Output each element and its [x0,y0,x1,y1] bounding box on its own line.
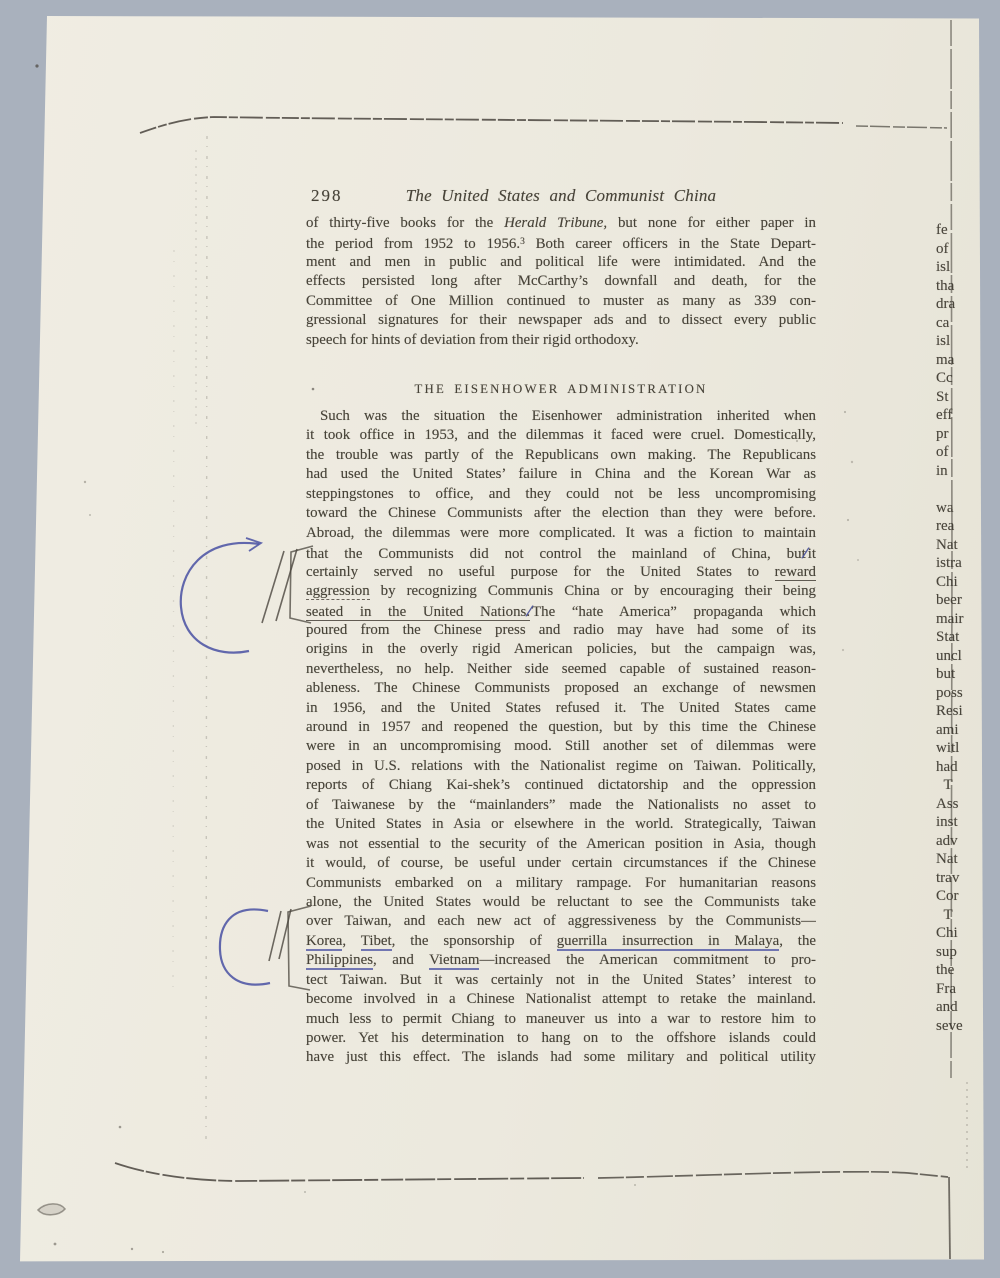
margin-fragment: Nat [936,850,988,869]
margin-fragment: dra [936,295,988,314]
text-segment: steppingstones to office, and they could… [306,486,816,502]
blue-underlined-word: Tibet [361,933,392,951]
text-line: Philippines, and Vietnam—increased the A… [306,951,816,970]
text-segment: but none for either paper in [607,215,816,231]
text-line: Abroad, the dilemmas were more complicat… [306,524,816,543]
text-line: become involved in a Chinese Nationalist… [306,990,816,1009]
text-line: gressional signatures for their newspape… [306,311,816,330]
text-segment: the United States in Asia or elsewhere i… [306,816,816,832]
text-segment: alone, the United States would be reluct… [306,894,816,910]
margin-fragment: in [936,462,988,481]
paragraph-2: Such was the situation the Eisenhower ad… [306,407,816,1068]
margin-fragment: but [936,665,988,684]
running-title: The United States and Communist China [306,186,816,206]
text-segment: around in 1957 and reopened the question… [306,719,816,735]
text-segment: , the [779,933,816,949]
text-segment: certainly served no useful purpose for t… [306,564,775,580]
blue-underlined-word: Philippines [306,952,373,970]
margin-fragment: Stat [936,628,988,647]
margin-fragment: and [936,998,988,1017]
text-line: tect Taiwan. But it was certainly not in… [306,971,816,990]
text-segment: the trouble was partly of the Republican… [306,447,816,463]
text-line: Such was the situation the Eisenhower ad… [306,407,816,426]
text-segment: over Taiwan, and each new act of aggress… [306,913,816,929]
margin-fragment: inst [936,813,988,832]
page-number: 298 [311,186,343,206]
text-segment: , and [373,952,429,968]
text-segment: speech for hints of deviation from their… [306,332,639,348]
text-segment: were in an uncompromising mood. Still an… [306,738,816,754]
blue-underlined-word: Korea [306,933,342,951]
blue-underlined-word: Vietnam [429,952,479,970]
text-line: certainly served no useful purpose for t… [306,563,816,582]
text-line: steppingstones to office, and they could… [306,485,816,504]
text-line: around in 1957 and reopened the question… [306,718,816,737]
margin-fragment: ca [936,314,988,333]
margin-fragment: Cc [936,369,988,388]
text-segment: poured from the Chinese press and radio … [306,622,816,638]
text-line: the trouble was partly of the Republican… [306,446,816,465]
text-segment: have just this effect. The islands had s… [306,1049,816,1065]
margin-fragment: uncl [936,647,988,666]
margin-fragment: trav [936,869,988,888]
margin-fragment: poss [936,684,988,703]
text-segment: ableness. The Chinese Communists propose… [306,680,816,696]
text-segment: become involved in a Chinese Nationalist… [306,991,816,1007]
margin-fragment: seve [936,1017,988,1036]
text-segment: tect Taiwan. But it was certainly not in… [306,972,816,988]
text-line: effects persisted long after McCarthy’s … [306,272,816,291]
pencil-underlined-word: reward [775,564,816,581]
section-heading: THE EISENHOWER ADMINISTRATION [306,382,816,397]
text-line: reports of Chiang Kai-shek’s continued d… [306,776,816,795]
text-line: origins in the overly rigid American pol… [306,640,816,659]
text-segment: power. Yet his determination to hang on … [306,1030,816,1046]
facing-page-text-fragments: feofislthadracaislmaCcSteffprofin wareaN… [936,221,988,1035]
text-segment: The “hate America” propaganda which [532,604,816,620]
margin-fragment: wa [936,499,988,518]
margin-fragment: adv [936,832,988,851]
text-line: that the Communists did not control the … [306,543,816,562]
margin-fragment: beer [936,591,988,610]
text-line: poured from the Chinese press and radio … [306,621,816,640]
text-segment: effects persisted long after McCarthy’s … [306,273,816,289]
text-line: Korea, Tibet, the sponsorship of guerril… [306,932,816,951]
margin-fragment: St [936,388,988,407]
text-line: of Taiwanese by the “mainlanders” made t… [306,796,816,815]
text-line: ment and men in public and political lif… [306,253,816,272]
text-segment: , [342,933,360,949]
text-segment: by recognizing Communis China or by enco… [370,583,816,599]
margin-fragment: Nat [936,536,988,555]
margin-fragment: Chi [936,573,988,592]
text-segment: of thirty-five books for the [306,215,504,231]
margin-fragment: eff [936,406,988,425]
text-segment: had used the United States’ failure in C… [306,466,816,482]
margin-fragment: istra [936,554,988,573]
text-segment: was not essential to the security of the… [306,836,816,852]
text-line: were in an uncompromising mood. Still an… [306,737,816,756]
text-line: Communists embarked on a military rampag… [306,874,816,893]
margin-fragment: ami [936,721,988,740]
text-segment: toward the Chinese Communists after the … [306,505,816,521]
text-segment: nevertheless, no help. Neither side seem… [306,661,816,677]
text-line: seated in the United Nations./The “hate … [306,601,816,620]
italic-publication-name: Herald Tribune, [504,215,607,231]
margin-fragment: isl [936,258,988,277]
margin-fragment [936,480,988,499]
text-line: the period from 1952 to 1956.3 Both care… [306,233,816,252]
text-segment: in 1956, and the United States refused i… [306,700,816,716]
text-line: had used the United States’ failure in C… [306,465,816,484]
text-line: much less to permit Chiang to maneuver u… [306,1010,816,1029]
text-segment: —increased the American commitment to pr… [479,952,816,968]
text-line: aggression by recognizing Communis China… [306,582,816,601]
margin-fragment: pr [936,425,988,444]
margin-fragment: Chi [936,924,988,943]
text-segment: Abroad, the dilemmas were more complicat… [306,525,816,541]
text-line: was not essential to the security of the… [306,835,816,854]
text-line: it took office in 1953, and the dilemmas… [306,426,816,445]
page-header: 298 The United States and Communist Chin… [306,186,816,206]
text-segment: it would, of course, be useful under cer… [306,855,816,871]
text-segment: gressional signatures for their newspape… [306,312,816,328]
margin-fragment: fe [936,221,988,240]
text-segment: Such was the situation the Eisenhower ad… [320,408,816,424]
margin-fragment: T [936,906,988,925]
margin-fragment: isl [936,332,988,351]
margin-fragment: witl [936,739,988,758]
margin-fragment: Cor [936,887,988,906]
text-segment: origins in the overly rigid American pol… [306,641,816,657]
text-line: toward the Chinese Communists after the … [306,504,816,523]
margin-fragment: Fra [936,980,988,999]
margin-fragment: ma [936,351,988,370]
margin-fragment: the [936,961,988,980]
text-line: over Taiwan, and each new act of aggress… [306,912,816,931]
text-line: nevertheless, no help. Neither side seem… [306,660,816,679]
text-segment: Committee of One Million continued to mu… [306,293,816,309]
text-segment: Both career officers in the State Depart… [525,236,816,252]
margin-fragment: rea [936,517,988,536]
text-line: Committee of One Million continued to mu… [306,292,816,311]
text-segment: the period from 1952 to 1956. [306,236,520,252]
text-line: of thirty-five books for the Herald Trib… [306,214,816,233]
margin-fragment: T [936,776,988,795]
photocopied-book-page: { "colors": { "background": "#a9b1bd", "… [0,0,1000,1278]
text-line: it would, of course, be useful under cer… [306,854,816,873]
paragraph-1: of thirty-five books for the Herald Trib… [306,214,816,350]
pencil-underlined-phrase: seated in the United Nations. [306,604,530,620]
margin-fragment: had [936,758,988,777]
text-segment: it took office in 1953, and the dilemmas… [306,427,816,443]
text-segment: ment and men in public and political lif… [306,254,816,270]
text-segment: , the sponsorship of [392,933,557,949]
pencil-underlined-word: aggression [306,583,370,600]
text-line: posed in U.S. relations with the Nationa… [306,757,816,776]
margin-fragment: sup [936,943,988,962]
text-segment: that the Communists did not control the … [306,546,806,562]
margin-fragment: Resi [936,702,988,721]
margin-fragment: mair [936,610,988,629]
margin-fragment: Ass [936,795,988,814]
text-line: alone, the United States would be reluct… [306,893,816,912]
text-line: ableness. The Chinese Communists propose… [306,679,816,698]
text-segment: posed in U.S. relations with the Nationa… [306,758,816,774]
blue-underlined-phrase: guerrilla insurrection in Malaya [557,933,779,951]
margin-fragment: of [936,240,988,259]
text-segment: reports of Chiang Kai-shek’s continued d… [306,777,816,793]
text-line: power. Yet his determination to hang on … [306,1029,816,1048]
margin-fragment: of [936,443,988,462]
text-segment: of Taiwanese by the “mainlanders” made t… [306,797,816,813]
margin-fragment: tha [936,277,988,296]
text-line: speech for hints of deviation from their… [306,331,816,350]
text-line: have just this effect. The islands had s… [306,1048,816,1067]
text-segment: much less to permit Chiang to maneuver u… [306,1011,816,1027]
text-line: the United States in Asia or elsewhere i… [306,815,816,834]
text-segment: Communists embarked on a military rampag… [306,875,816,891]
text-line: in 1956, and the United States refused i… [306,699,816,718]
